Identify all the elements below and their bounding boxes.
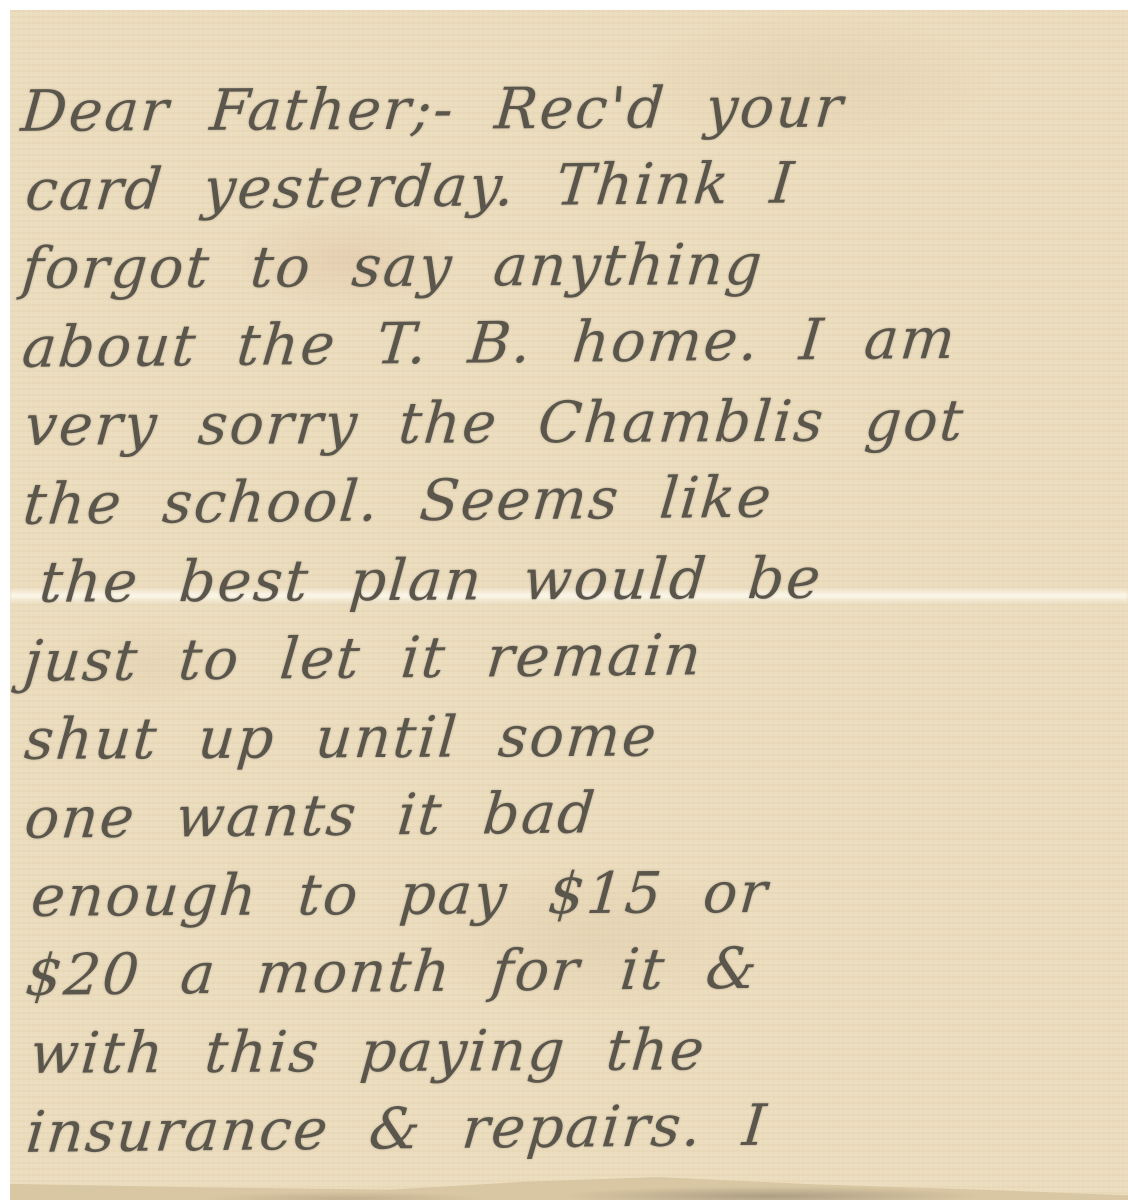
letter-line: Dear Father;- Rec'd your	[18, 67, 1124, 151]
letter-line: $20 a month for it &	[22, 926, 1128, 1015]
letter-line: very sorry the Chamblis got	[22, 381, 1126, 465]
letter-line: just to let it remain	[20, 612, 1128, 701]
letter-paper: Dear Father;- Rec'd your card yesterday.…	[10, 10, 1128, 1200]
letter-scan: Dear Father;- Rec'd your card yesterday.…	[0, 0, 1128, 1200]
letter-line: the school. Seems like	[20, 455, 1128, 544]
letter-line: the best plan would be	[37, 538, 1127, 622]
letter-line: card yesterday. Think I	[22, 141, 1126, 230]
letter-line: one wants it bad	[21, 769, 1128, 858]
letter-line: about the T. B. home. I am	[19, 298, 1127, 387]
letter-line: shut up until some	[21, 695, 1127, 779]
letter-line: with this paying the	[27, 1009, 1128, 1093]
letter-line: insurance & repairs. I	[23, 1083, 1128, 1172]
letter-line: forgot to say anything	[19, 224, 1125, 308]
letter-body: Dear Father;- Rec'd your card yesterday.…	[21, 67, 1127, 1172]
letter-line: enough to pay $15 or	[28, 852, 1128, 936]
